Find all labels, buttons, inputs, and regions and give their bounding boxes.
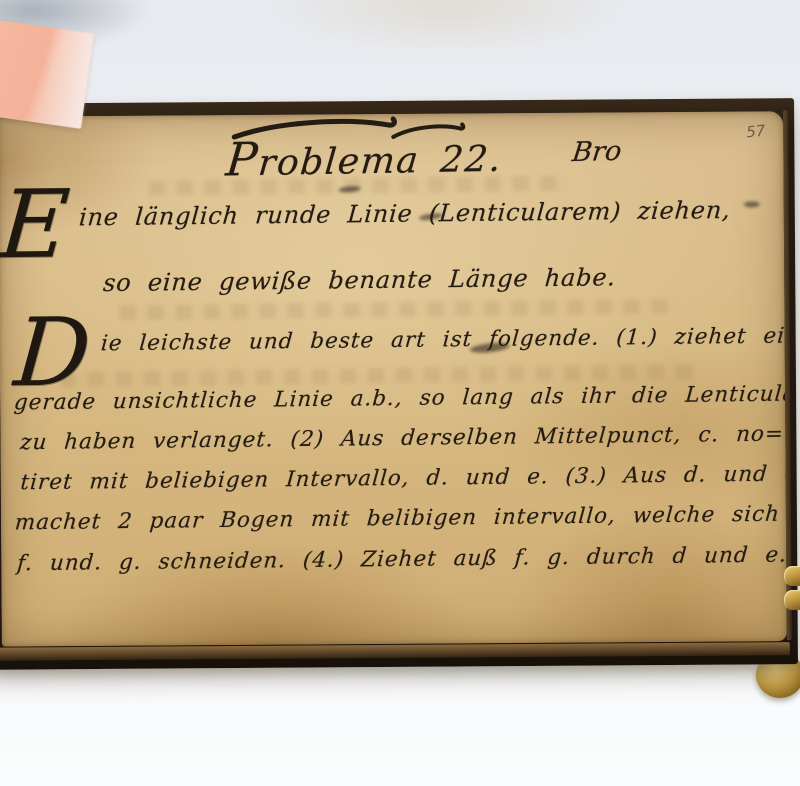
manuscript-line: zu haben verlanget. (2) Aus derselben Mi…: [19, 422, 785, 456]
manuscript-line: tiret mit beliebigen Intervallo, d. und …: [20, 461, 787, 495]
page-number: 57: [745, 121, 766, 141]
title-annotation: Bro: [571, 136, 624, 168]
manuscript-line: Eine länglich runde Linie (Lenticularem)…: [0, 196, 732, 232]
sticky-note: [0, 19, 94, 129]
manuscript-line: gerade unsichtliche Linie a.b., so lang …: [13, 381, 787, 415]
manuscript-line: Die leichste und beste art ist folgende.…: [15, 324, 786, 358]
manuscript-line: so eine gewiße benante Länge habe.: [102, 263, 617, 297]
clasp-hook-lobe: [784, 590, 800, 610]
manuscript-page: Problema 22. Bro 57 Eine länglich runde …: [0, 111, 787, 646]
clasp-hook-lobe: [784, 566, 800, 586]
ink-smudge: [744, 201, 760, 207]
page-title: Problema 22.: [224, 128, 505, 187]
manuscript-line: machet 2 paar Bogen mit belibigen interv…: [14, 501, 787, 535]
manuscript-line: f. und. g. schneiden. (4.) Ziehet auß f.…: [16, 543, 787, 577]
photo-backdrop: Problema 22. Bro 57 Eine länglich runde …: [0, 0, 800, 786]
book-cover: Problema 22. Bro 57 Eine länglich runde …: [0, 98, 798, 670]
clasp-hook: [784, 566, 800, 612]
ink-bleed-through: [119, 298, 679, 320]
